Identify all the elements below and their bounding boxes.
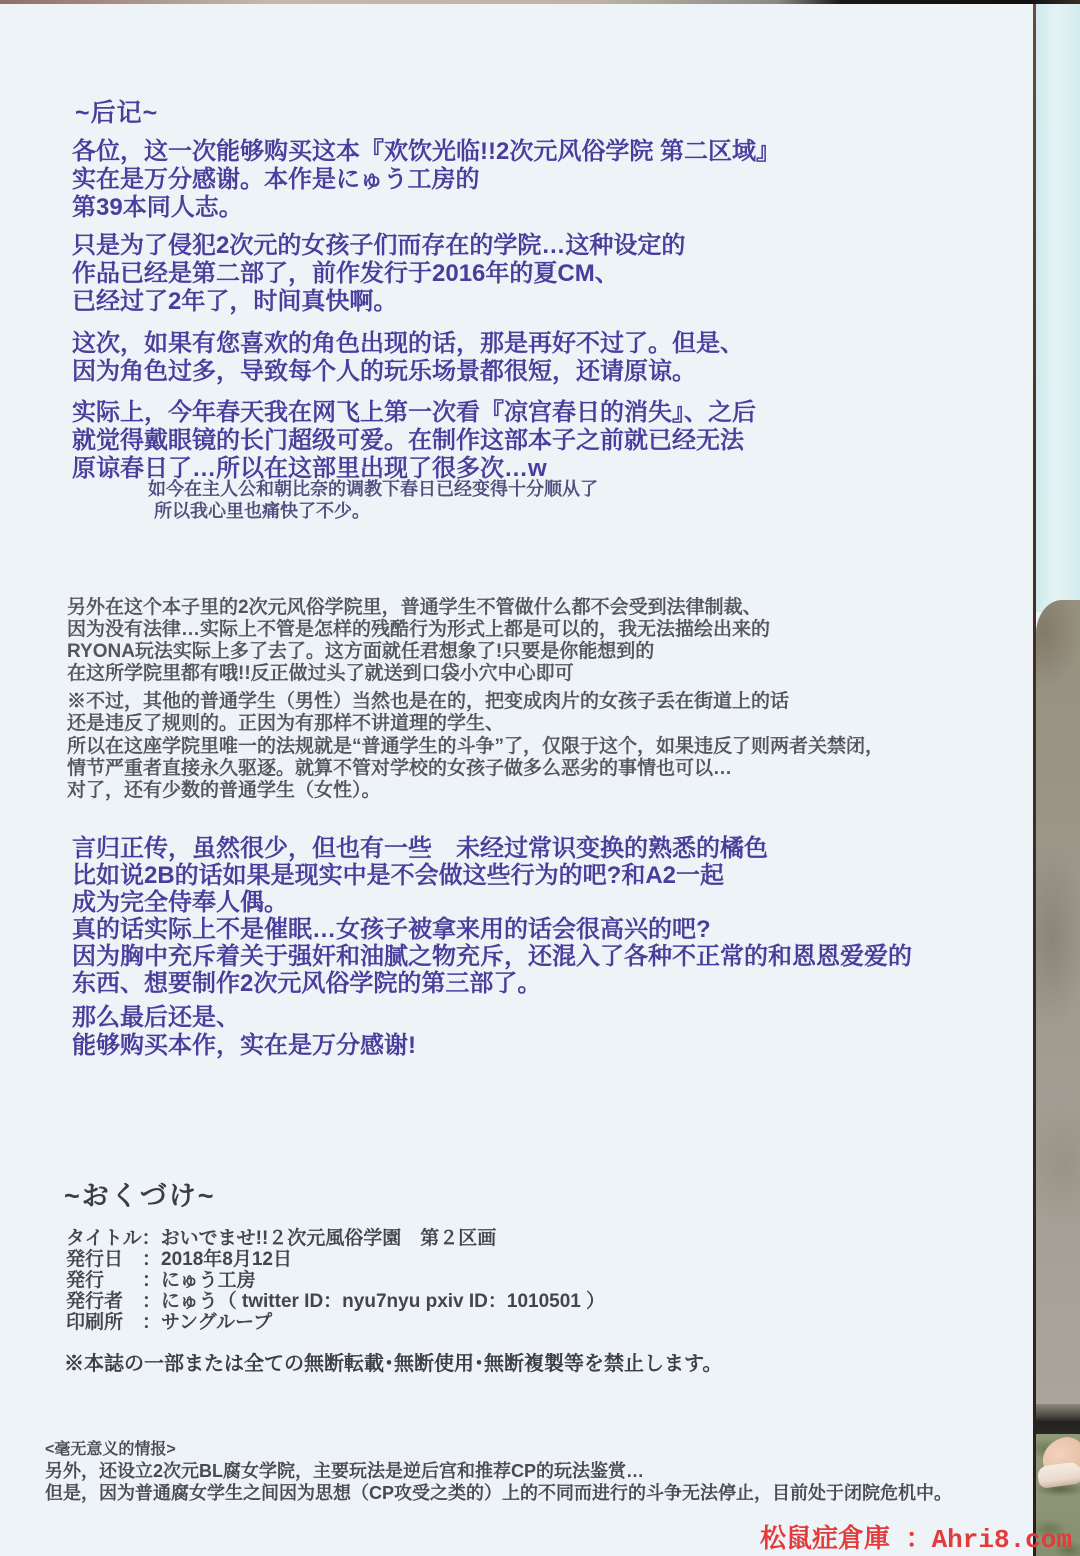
afterword-side-note: 如今在主人公和朝比奈的调教下春日已经变得十分顺从了 所以我心里也痛快了不少。: [148, 478, 598, 522]
strip-dark-band: [1036, 1404, 1080, 1434]
text-line: 所以在这座学院里唯一的法规就是“普通学生的斗争”了，仅限于这个，如果违反了则两者…: [67, 736, 884, 758]
text-line: 所以我心里也痛快了不少。: [148, 500, 598, 522]
text-line: 只是为了侵犯2次元的女孩子们而存在的学院…这种设定的: [72, 232, 685, 260]
afterword-heading: ~后记~: [75, 93, 158, 129]
text-line: 已经过了2年了，时间真快啊。: [72, 288, 685, 316]
colophon-printer-line: 印刷所 ：サングループ: [66, 1312, 605, 1333]
text-line: 情节严重者直接永久驱逐。就算不管对学校的女孩子做多么恶劣的事情也可以…: [67, 758, 884, 780]
page-gutter-line: [1033, 0, 1036, 1556]
text-line: 就觉得戴眼镜的长门超级可爱。在制作这部本子之前就已经无法: [72, 427, 756, 455]
text-line: 东西、想要制作2次元风俗学院的第三部了。: [72, 970, 912, 997]
colophon-date-line: 発行日 ：2018年8月12日: [66, 1249, 605, 1270]
text-line: 实际上，今年春天我在网飞上第一次看『凉宫春日的消失』、之后: [72, 399, 756, 427]
page-top-edge: [0, 0, 1080, 4]
text-line: 第39本同人志。: [72, 194, 780, 222]
strip-sky: [1036, 0, 1080, 612]
afterword-paragraph-3: 这次，如果有您喜欢的角色出现的话，那是再好不过了。但是、 因为角色过多，导致每个…: [72, 330, 744, 386]
text-line: 言归正传，虽然很少，但也有一些 未经过常识变换的熟悉的橘色: [72, 835, 912, 862]
afterword-paragraph-5: 言归正传，虽然很少，但也有一些 未经过常识变换的熟悉的橘色 比如说2B的话如果是…: [72, 835, 912, 997]
text-line: 成为完全侍奉人偶。: [72, 889, 912, 916]
afterword-gray-block-1: 另外在这个本子里的2次元风俗学院里，普通学生不管做什么都不会受到法律制裁、 因为…: [67, 597, 770, 685]
colophon-title-line: タイトル：おいでませ!!２次元風俗学園 第２区画: [66, 1228, 605, 1249]
text-line: 如今在主人公和朝比奈的调教下春日已经变得十分顺从了: [148, 478, 598, 500]
colophon-author-line: 発行者 ：にゅう（ twitter ID：nyu7nyu pxiv ID：101…: [66, 1291, 605, 1312]
text-line: 作品已经是第二部了，前作发行于2016年的夏CM、: [72, 260, 685, 288]
extra-info-block: <毫无意义的情报> 另外，还设立2次元BL腐女学院，主要玩法是逆后宫和推荐CP的…: [45, 1440, 952, 1504]
text-line: 另外在这个本子里的2次元风俗学院里，普通学生不管做什么都不会受到法律制裁、: [67, 597, 770, 619]
text-line: 比如说2B的话如果是现实中是不会做这些行为的吧?和A2一起: [72, 862, 912, 889]
text-line: 真的话实际上不是催眠…女孩子被拿来用的话会很高兴的吧?: [72, 916, 912, 943]
afterword-gray-block-3: 所以在这座学院里唯一的法规就是“普通学生的斗争”了，仅限于这个，如果违反了则两者…: [67, 736, 884, 802]
text-line: 还是违反了规则的。正因为有那样不讲道理的学生、: [67, 713, 789, 735]
afterword-paragraph-4: 实际上，今年春天我在网飞上第一次看『凉宫春日的消失』、之后 就觉得戴眼镜的长门超…: [72, 399, 756, 483]
text-line: RYONA玩法实际上多了去了。这方面就任君想象了!只要是你能想到的: [67, 641, 770, 663]
copyright-disclaimer: ※本誌の一部または全ての無断転載･無断使用･無断複製等を禁止します。: [64, 1347, 722, 1376]
text-line: 因为没有法律…实际上不管是怎样的残酷行为形式上都是可以的，我无法描绘出来的: [67, 619, 770, 641]
text-line: 在这所学院里都有哦!!反正做过头了就送到口袋小穴中心即可: [67, 663, 770, 685]
text-line: 因为角色过多，导致每个人的玩乐场景都很短，还请原谅。: [72, 358, 744, 386]
scanner-watermark: 松鼠症倉庫 ：Ahri8.com: [760, 1518, 1072, 1555]
afterword-paragraph-2: 只是为了侵犯2次元的女孩子们而存在的学院…这种设定的 作品已经是第二部了，前作发…: [72, 232, 685, 316]
text-line: 另外，还设立2次元BL腐女学院，主要玩法是逆后宫和推荐CP的玩法鉴赏…: [45, 1460, 952, 1482]
strip-wall: [1036, 600, 1080, 1406]
text-line: 但是，因为普通腐女学生之间因为思想（CP攻受之类的）上的不同而进行的斗争无法停止…: [45, 1482, 952, 1504]
text-line: 实在是万分感谢。本作是にゅう工房的: [72, 166, 780, 194]
text-line: 因为胸中充斥着关于强奸和油腻之物充斥，还混入了各种不正常的和恩恩爱爱的: [72, 943, 912, 970]
colophon-publisher-line: 発行 ：にゅう工房: [66, 1270, 605, 1291]
colophon-block: タイトル：おいでませ!!２次元風俗学園 第２区画 発行日 ：2018年8月12日…: [66, 1228, 605, 1333]
afterword-closing: 那么最后还是、 能够购买本作，实在是万分感谢!: [72, 1004, 416, 1060]
text-line: 对了，还有少数的普通学生（女性）。: [67, 780, 884, 802]
next-page-edge-strip: [1036, 0, 1080, 1556]
text-line: ※不过，其他的普通学生（男性）当然也是在的，把变成肉片的女孩子丢在街道上的话: [67, 691, 789, 713]
text-line: 这次，如果有您喜欢的角色出现的话，那是再好不过了。但是、: [72, 330, 744, 358]
text-line: 那么最后还是、: [72, 1004, 416, 1032]
text-line: 各位，这一次能够购买这本『欢饮光临!!2次元风俗学院 第二区域』: [72, 138, 780, 166]
text-line: 能够购买本作，实在是万分感谢!: [72, 1032, 416, 1060]
extra-info-heading: <毫无意义的情报>: [45, 1440, 952, 1460]
afterword-paragraph-1: 各位，这一次能够购买这本『欢饮光临!!2次元风俗学院 第二区域』 实在是万分感谢…: [72, 138, 780, 222]
afterword-gray-block-2: ※不过，其他的普通学生（男性）当然也是在的，把变成肉片的女孩子丢在街道上的话 还…: [67, 691, 789, 735]
colophon-heading: ~おくづけ~: [64, 1174, 216, 1213]
